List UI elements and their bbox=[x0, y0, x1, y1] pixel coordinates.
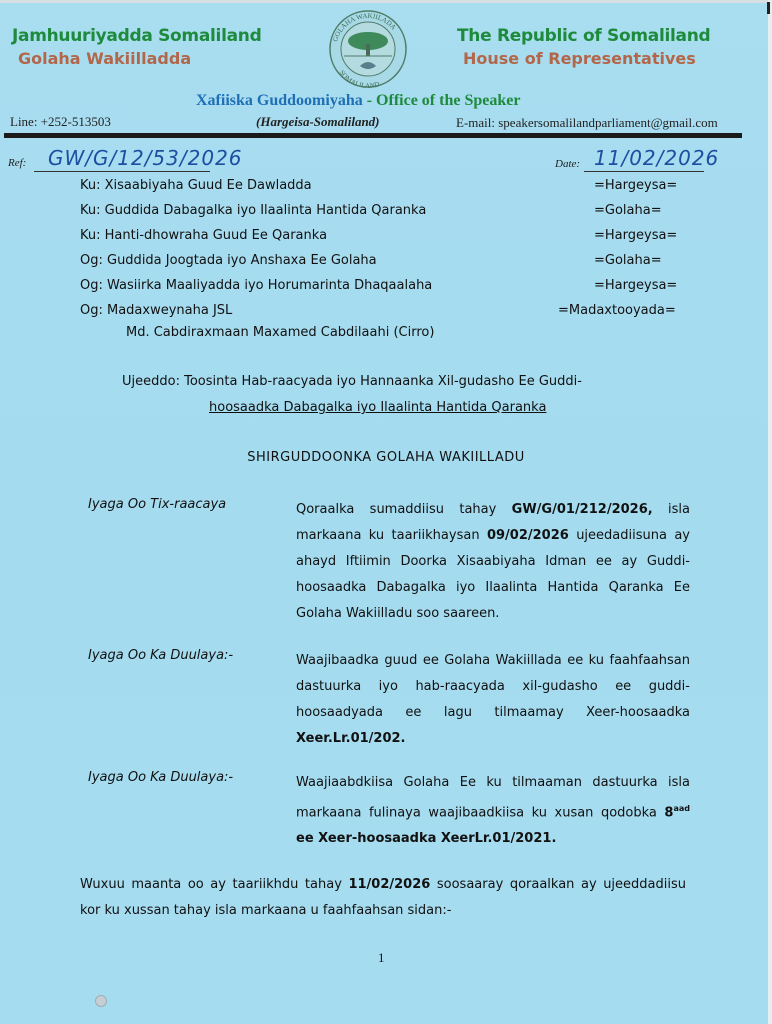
letterhead-divider bbox=[4, 133, 742, 138]
scan-right-edge bbox=[768, 0, 772, 1024]
section-label: Iyaga Oo Tix-raacaya bbox=[88, 497, 226, 512]
page-number: 1 bbox=[378, 950, 385, 966]
letterhead-left-subtitle: Golaha Wakiilladda bbox=[18, 49, 191, 68]
date-label: Date: bbox=[555, 158, 580, 170]
document-page: Jamhuuriyadda Somaliland Golaha Wakiilla… bbox=[0, 0, 772, 1024]
ref-number: GW/G/12/53/2026 bbox=[48, 146, 243, 170]
section-body: Waajiaabdkiisa Golaha Ee ku tilmaaman da… bbox=[296, 770, 690, 852]
office-location: (Hargeisa-Somaliland) bbox=[256, 114, 380, 130]
section-label: Iyaga Oo Ka Duulaya:- bbox=[88, 648, 233, 663]
president-name: Md. Cabdiraxmaan Maxamed Cabdilaahi (Cir… bbox=[126, 325, 434, 340]
letterhead-right-subtitle: House of Representatives bbox=[463, 49, 696, 68]
date-value: 11/02/2026 bbox=[594, 146, 719, 170]
date-underline bbox=[584, 171, 704, 172]
office-title-english: Office of the Speaker bbox=[376, 92, 520, 109]
office-title-somali: Xafiiska Guddoomiyaha bbox=[196, 92, 363, 109]
letterhead-right-title: The Republic of Somaliland bbox=[457, 26, 710, 46]
recipient-row: Ku: Xisaabiyaha Guud Ee Dawladda=Hargeys… bbox=[80, 176, 700, 201]
subject-line: Ujeeddo: Toosinta Hab-raacyada iyo Hanna… bbox=[122, 374, 582, 389]
recipient-row: Ku: Guddida Dabagalka iyo Ilaalinta Hant… bbox=[80, 201, 700, 226]
ref-label: Ref: bbox=[8, 157, 26, 169]
letterhead-left-title: Jamhuuriyadda Somaliland bbox=[12, 26, 261, 46]
section-label: Iyaga Oo Ka Duulaya:- bbox=[88, 770, 233, 785]
document-title: SHIRGUDDOONKA GOLAHA WAKIILLADU bbox=[0, 450, 772, 465]
subject-line-continued: hoosaadka Dabagalka iyo Ilaalinta Hantid… bbox=[209, 400, 546, 415]
phone-line: Line: +252-513503 bbox=[10, 114, 111, 130]
recipient-row: Og: Madaxweynaha JSL=Madaxtooyada= bbox=[80, 301, 700, 326]
recipients-list: Ku: Xisaabiyaha Guud Ee Dawladda=Hargeys… bbox=[80, 176, 700, 326]
email-address: E-mail: speakersomalilandparliament@gmai… bbox=[456, 115, 718, 131]
parliament-seal-icon: GOLAHA WAKIILADA SOMALILAND bbox=[322, 8, 414, 90]
section-body: Waajibaadka guud ee Golaha Wakiillada ee… bbox=[296, 648, 690, 752]
office-title: Xafiiska Guddoomiyaha - Office of the Sp… bbox=[196, 92, 520, 110]
closing-paragraph: Wuxuu maanta oo ay taariikhdu tahay 11/0… bbox=[80, 872, 686, 924]
recipient-row: Og: Wasiirka Maaliyadda iyo Horumarinta … bbox=[80, 276, 700, 301]
ref-underline bbox=[34, 171, 210, 172]
recipient-row: Og: Guddida Joogtada iyo Anshaxa Ee Gola… bbox=[80, 251, 700, 276]
recipient-row: Ku: Hanti-dhowraha Guud Ee Qaranka=Harge… bbox=[80, 226, 700, 251]
section-body: Qoraalka sumaddiisu tahay GW/G/01/212/20… bbox=[296, 497, 690, 627]
scan-top-edge bbox=[0, 0, 772, 3]
scan-mark bbox=[767, 2, 770, 14]
punch-hole bbox=[95, 995, 107, 1007]
